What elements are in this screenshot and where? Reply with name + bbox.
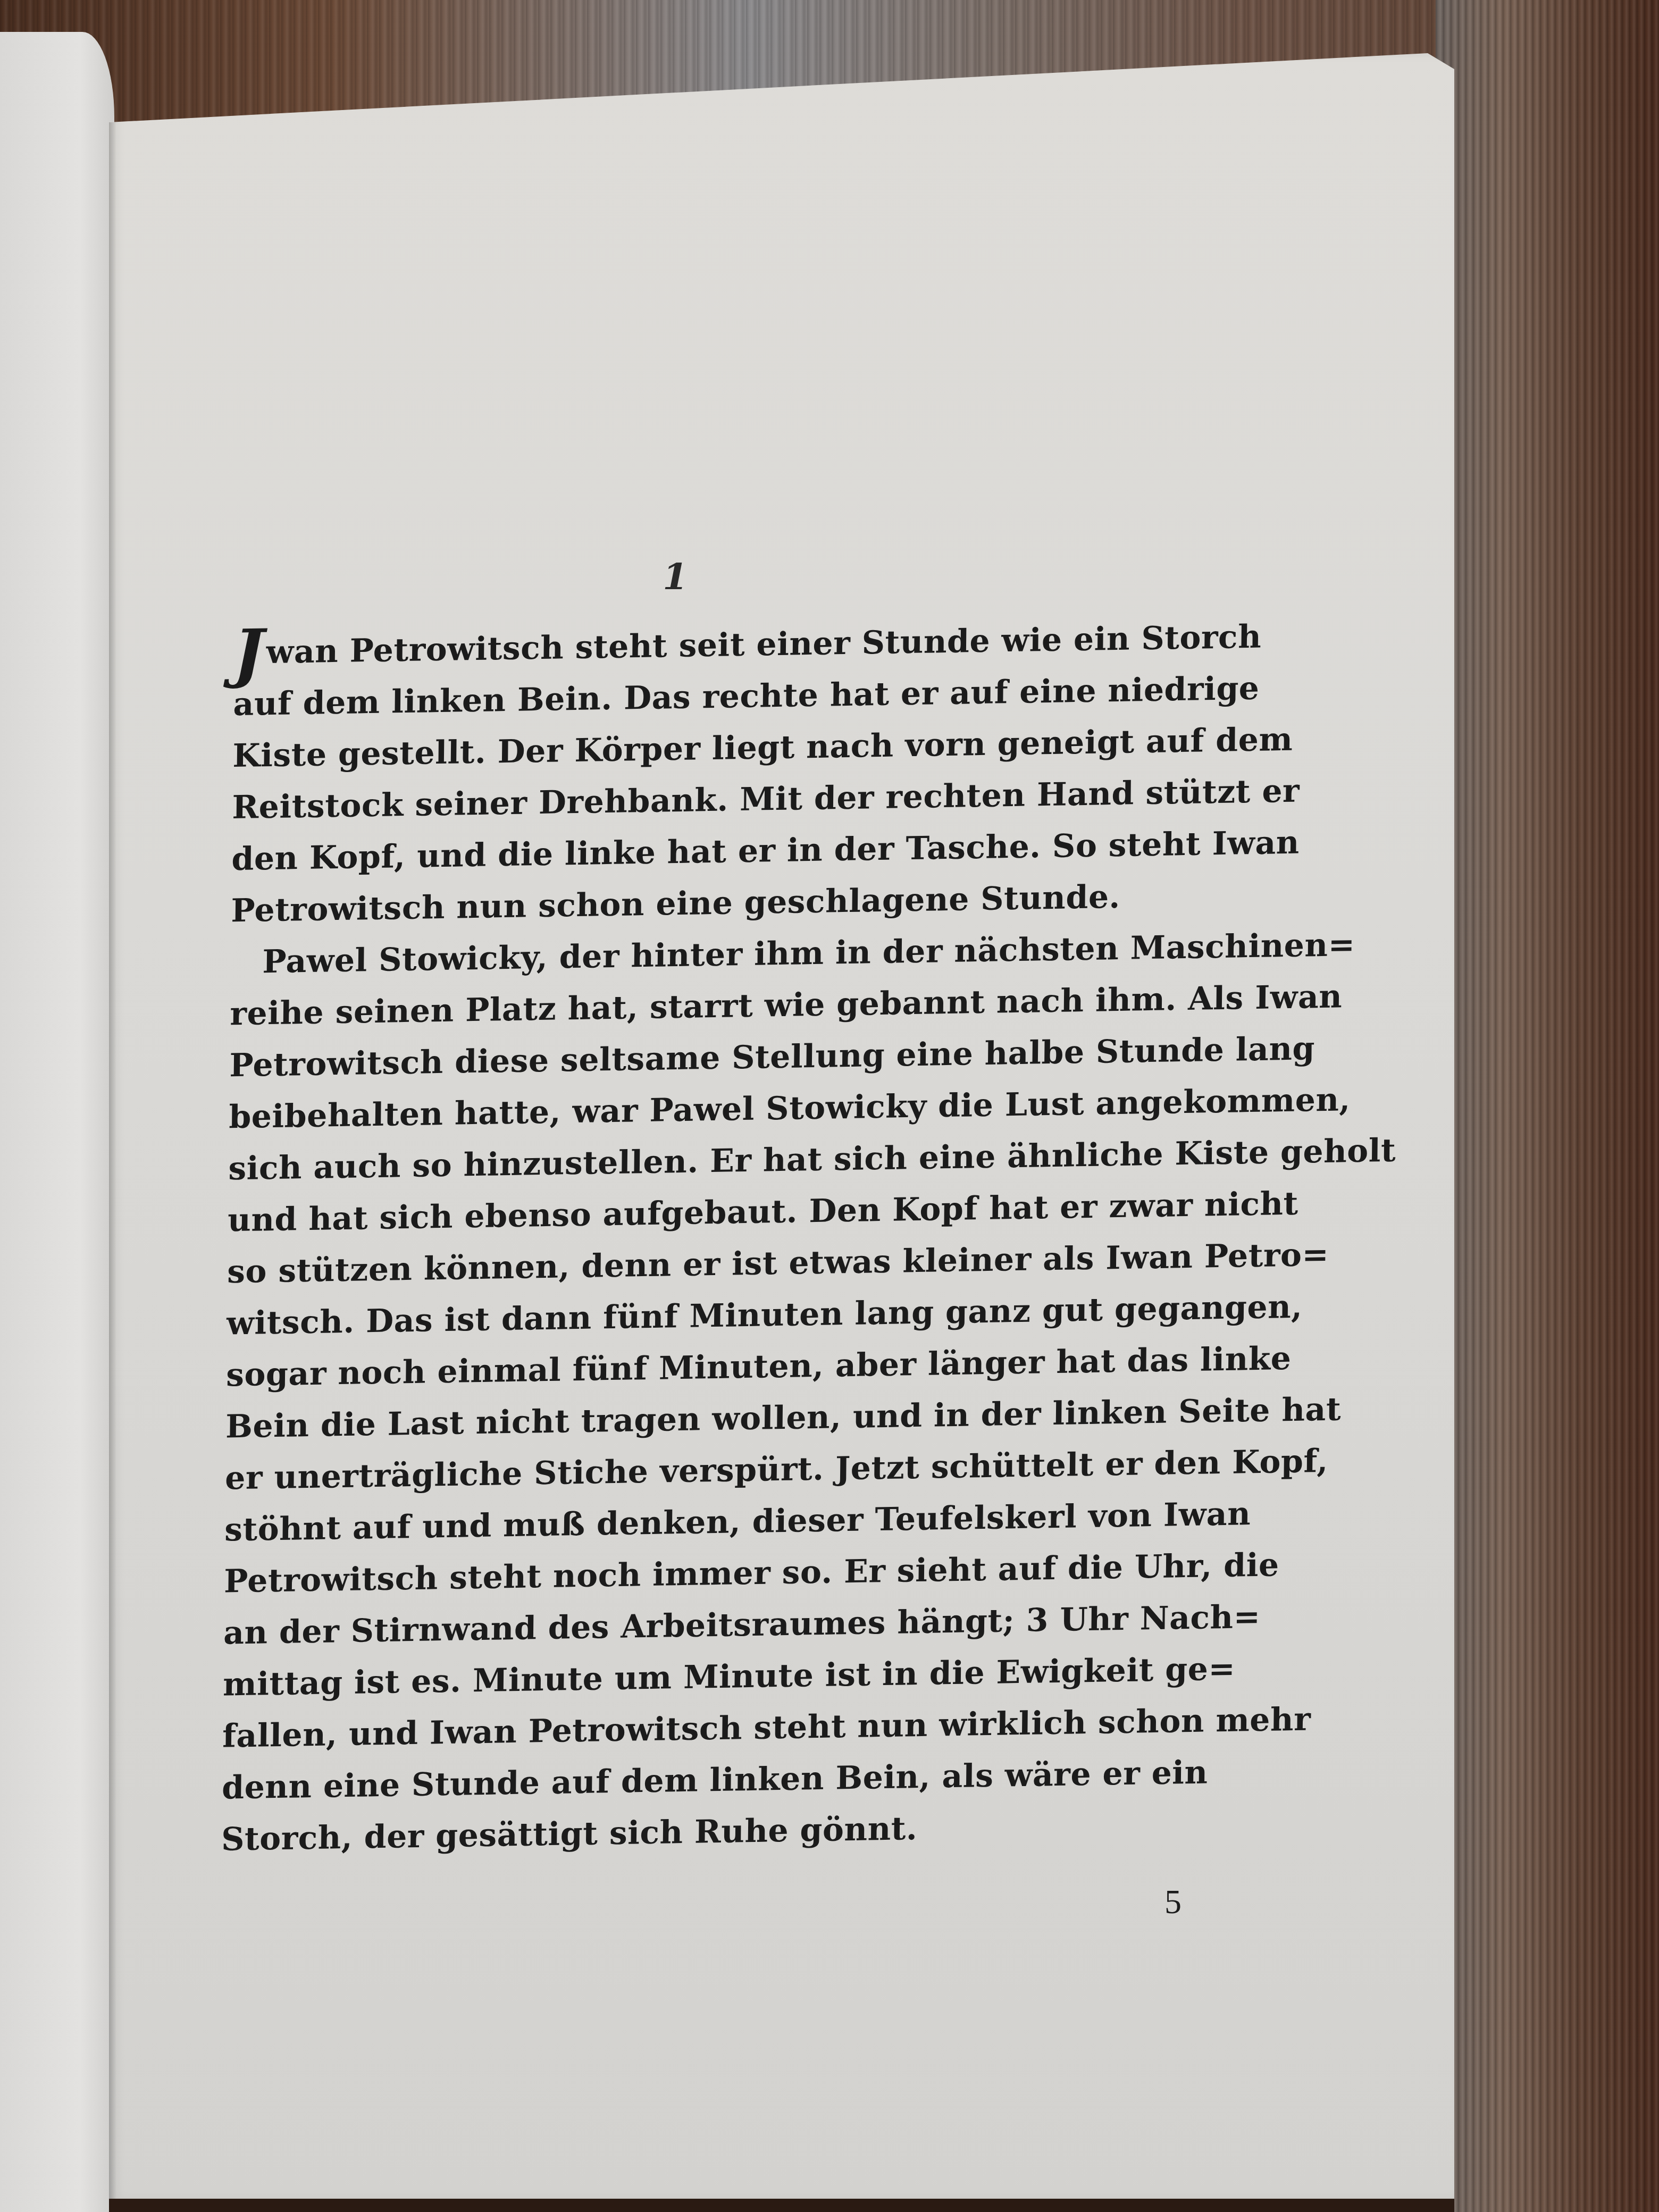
paragraph-1: Jwan Petrowitsch steht seit einer Stunde… bbox=[231, 613, 1186, 937]
left-facing-page-edge bbox=[0, 32, 114, 2212]
book-gutter-shadow bbox=[109, 122, 116, 2201]
paragraph-2: Pawel Stowicky, der hinter ihm in der nä… bbox=[221, 922, 1183, 1866]
page-number: 5 bbox=[1164, 1882, 1182, 1922]
body-text: Jwan Petrowitsch steht seit einer Stunde… bbox=[221, 613, 1186, 1866]
chapter-number: 1 bbox=[659, 556, 691, 598]
page-bottom-shadow bbox=[109, 2199, 1454, 2212]
wooden-table-right-edge bbox=[1436, 0, 1659, 2212]
